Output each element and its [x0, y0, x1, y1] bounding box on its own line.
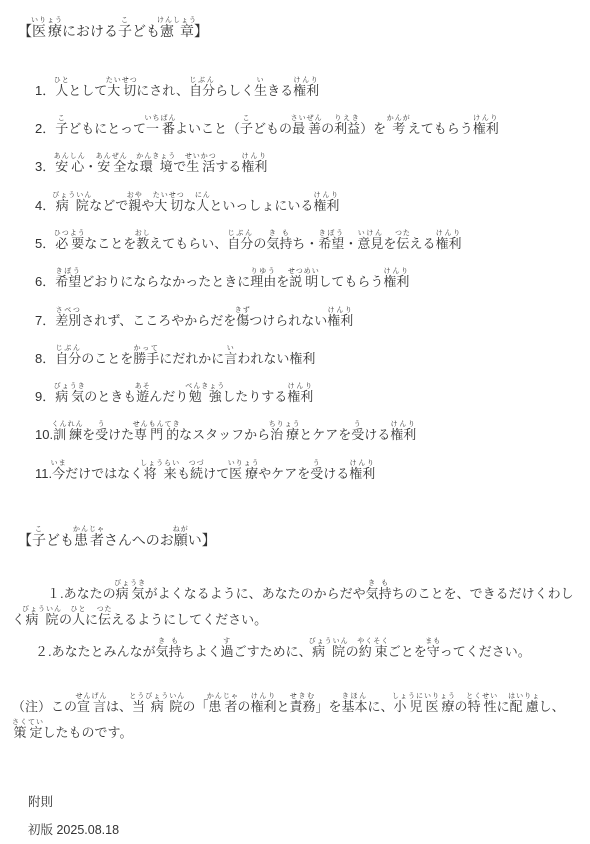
- charter-item-11: 11.今いまだけではなく将来しょうらいも続つづけて医療いりょうやケアを受うける権…: [35, 460, 580, 487]
- footer: 附則 初版 2025.08.18: [28, 788, 580, 844]
- charter-item-3: 3．安心あんしん・安全あんぜんな環境かんきょうで生活せいかつする権利けんり: [35, 153, 580, 180]
- charter-item-9: 9．病気びょうきのときも遊あそんだり勉強べんきょうしたりする権利けんり: [35, 383, 580, 410]
- charter-item-5: 5．必要ひつようなことを教おしえてもらい、自分じぶんの気持きもち・希望きぼう・意…: [35, 230, 580, 257]
- charter-item-7: 7．差別さべつされず、こころやからだを傷きずつけられない権利けんり: [35, 307, 580, 334]
- charter-item-10: 10.訓練くんれんを受うけた専門的せんもんてきなスタッフから治療ちりょうとケアを…: [35, 421, 580, 448]
- first-edition-date: 初版 2025.08.18: [28, 816, 580, 844]
- charter-item-4: 4．病院びょういんなどで親おやや大切たいせつな人にんといっしょにいる権利けんり: [35, 192, 580, 219]
- request-item-2: ２.あなたとみんなが気持きもちよく過すごすために、病院びょういんの約束やくそくご…: [12, 638, 580, 665]
- request-item-1: １.あなたの病気びょうきがよくなるように、あなたのからだや気持きもちのことを、で…: [12, 580, 580, 633]
- note-paragraph: （注）この宣言せんげんは、当病院とうびょういんの「患者かんじゃの権利けんりと責務…: [12, 693, 580, 746]
- charter-item-1: 1．人ひととして大切たいせつにされ、自分じぶんらしく生いきる権利けんり: [35, 77, 580, 104]
- charter-title: 【医療いりょうにおける子こども憲章けんしょう】: [18, 16, 580, 47]
- charter-item-2: 2．子こどもにとって一番いちばんよいこと（子こどもの最善さいぜんの利益りえき）を…: [35, 115, 580, 142]
- requests-title: 【子こども患者かんじゃさんへのお願ねがい】: [18, 525, 580, 556]
- supplement-label: 附則: [28, 788, 580, 816]
- charter-item-8: 8．自分じぶんのことを勝手かってにだれかに言いわれない権利: [35, 345, 580, 372]
- charter-list: 1．人ひととして大切たいせつにされ、自分じぶんらしく生いきる権利けんり 2．子こ…: [35, 77, 580, 487]
- document-page: 【医療いりょうにおける子こども憲章けんしょう】 1．人ひととして大切たいせつにさ…: [0, 0, 590, 844]
- charter-item-6: 6．希望きぼうどおりにならなかったときに理由りゆうを説明せつめいしてもらう権利け…: [35, 268, 580, 295]
